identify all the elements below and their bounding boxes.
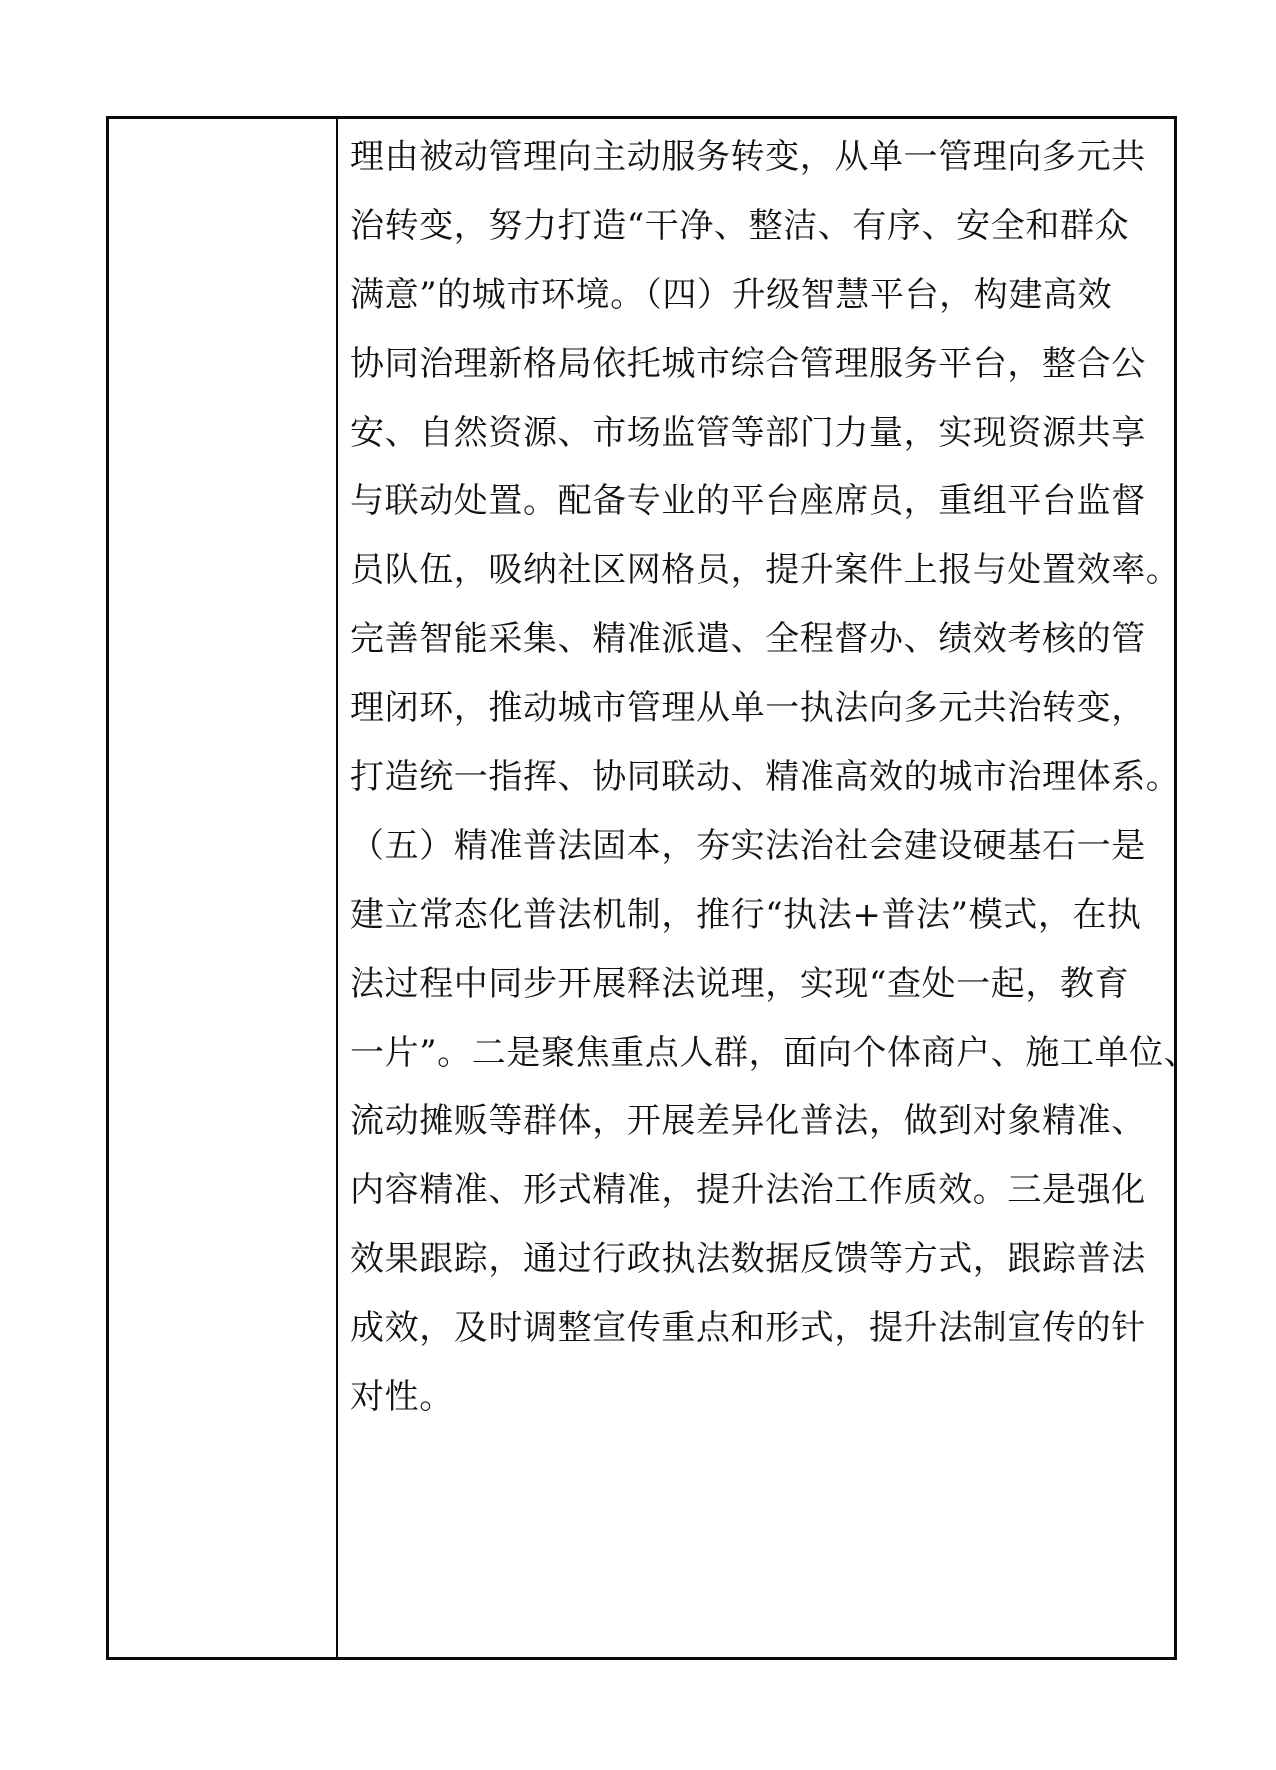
text-line: 一片”。二是聚焦重点人群，面向个体商户、施工单位、 [350,1019,1164,1088]
text-line: 建立常态化普法机制，推行“执法+普法”模式，在执 [350,881,1164,950]
text-line: 员队伍，吸纳社区网格员，提升案件上报与处置效率。 [350,536,1164,605]
text-line: 对性。 [350,1363,1164,1432]
table-right-cell: 理由被动管理向主动服务转变，从单一管理向多元共 治转变，努力打造“干净、整洁、有… [338,119,1174,1657]
text-line: 成效，及时调整宣传重点和形式，提升法制宣传的针 [350,1294,1164,1363]
text-line: 安、自然资源、市场监管等部门力量，实现资源共享 [350,399,1164,468]
text-line: 理闭环，推动城市管理从单一执法向多元共治转变， [350,674,1164,743]
text-line: （五）精准普法固本，夯实法治社会建设硬基石一是 [350,812,1164,881]
text-line: 满意”的城市环境。（四）升级智慧平台，构建高效 [350,261,1164,330]
text-line: 治转变，努力打造“干净、整洁、有序、安全和群众 [350,192,1164,261]
text-line: 法过程中同步开展释法说理，实现“查处一起，教育 [350,950,1164,1019]
text-line: 完善智能采集、精准派遣、全程督办、绩效考核的管 [350,605,1164,674]
text-line: 流动摊贩等群体，开展差异化普法，做到对象精准、 [350,1087,1164,1156]
table-left-cell [109,119,338,1657]
text-line: 与联动处置。配备专业的平台座席员，重组平台监督 [350,467,1164,536]
text-line: 打造统一指挥、协同联动、精准高效的城市治理体系。 [350,743,1164,812]
text-line: 效果跟踪，通过行政执法数据反馈等方式，跟踪普法 [350,1225,1164,1294]
body-text: 理由被动管理向主动服务转变，从单一管理向多元共 治转变，努力打造“干净、整洁、有… [350,123,1164,1432]
text-line: 协同治理新格局依托城市综合管理服务平台，整合公 [350,330,1164,399]
document-table: 理由被动管理向主动服务转变，从单一管理向多元共 治转变，努力打造“干净、整洁、有… [106,116,1177,1660]
text-line: 内容精准、形式精准，提升法治工作质效。三是强化 [350,1156,1164,1225]
text-line: 理由被动管理向主动服务转变，从单一管理向多元共 [350,123,1164,192]
